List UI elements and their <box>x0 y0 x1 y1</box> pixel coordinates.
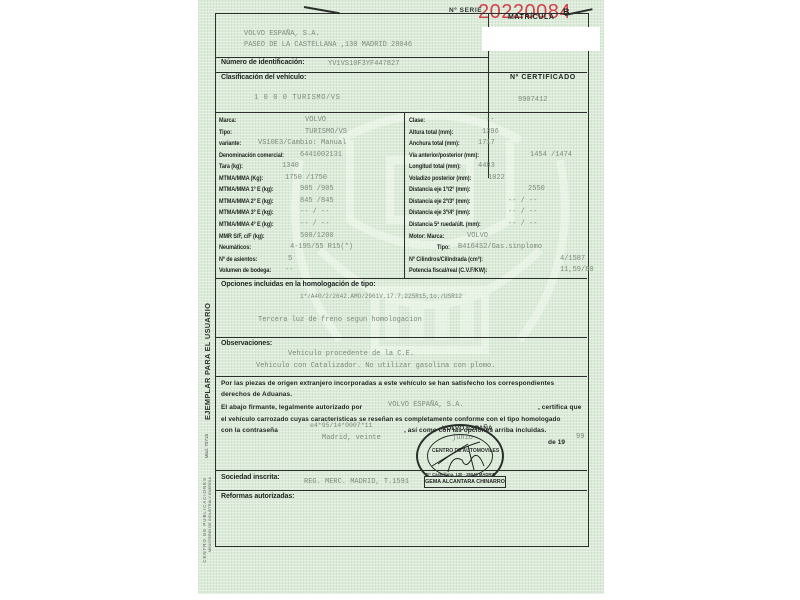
right-spec-value: B4164S2/Gas.sinplomo <box>458 243 542 251</box>
reforms-label: Reformas autorizadas: <box>221 493 294 500</box>
identification-label: Número de identificación: <box>221 59 304 66</box>
divider <box>215 490 587 491</box>
owner-address: PASEO DE LA CASTELLANA ,130 MADRID 28046 <box>244 41 412 49</box>
left-spec-value: VS10E3/Cambio: Manual <box>258 139 346 147</box>
right-spec-label: Motor: Marca: <box>409 233 444 240</box>
left-spec-value: 905 /905 <box>300 185 334 193</box>
left-spec-value: 4-195/55 R15(*) <box>290 243 353 251</box>
divider <box>215 470 587 471</box>
right-spec-value: 1717 <box>478 139 495 147</box>
right-spec-value: 4/1587 <box>560 255 585 263</box>
right-spec-label: Voladizo posterior (mm): <box>409 175 471 182</box>
left-spec-value: 845 /845 <box>300 197 334 205</box>
right-spec-label: Anchura total (mm): <box>409 140 460 147</box>
left-spec-label: MTMA/MMA (Kg): <box>219 175 263 182</box>
right-spec-label: Nº Cilindros/Cilindrada (cm³): <box>409 256 483 263</box>
identification-value: YV1VS10F3YF447827 <box>328 60 399 68</box>
left-spec-value: TURISMO/VS <box>305 128 347 136</box>
certificate-label: Nº CERTIFICADO <box>510 74 576 81</box>
right-spec-value: VOLVO <box>467 232 488 240</box>
left-spec-label: MTMA/MMA 2º E (kg): <box>219 198 274 205</box>
left-spec-label: Nº de asientos: <box>219 256 257 263</box>
certificate-value: 9907412 <box>518 96 547 104</box>
owner-name: VOLVO ESPAÑA, S.A. <box>244 30 320 38</box>
year-value: 99 <box>576 433 584 441</box>
left-spec-label: Denominación comercial: <box>219 152 284 159</box>
signer-name-box: GEMA ALCANTARA CHINARRO <box>424 476 506 488</box>
matricula-value-redacted <box>482 27 600 51</box>
left-spec-value: -- <box>285 266 293 274</box>
left-spec-label: Marca: <box>219 117 236 124</box>
right-spec-value: 1454 /1474 <box>530 151 572 159</box>
left-spec-label: Tipo: <box>219 129 232 136</box>
options-label: Opciones incluidas en la homologación de… <box>221 281 375 288</box>
divider <box>215 112 587 113</box>
left-spec-value: VOLVO <box>305 116 326 124</box>
divider <box>215 57 489 58</box>
right-spec-label: Vía anterior/posterior (mm): <box>409 152 479 159</box>
signer-prefix: El abajo firmante, legalmente autorizado… <box>221 404 362 411</box>
right-spec-label: Altura total (mm): <box>409 129 453 136</box>
left-spec-label: Neumáticos: <box>219 244 251 251</box>
divider <box>215 72 587 73</box>
observations-line-2: Vehiculo con Catalizador. No utilizar ga… <box>256 362 495 370</box>
right-spec-label: Longitud total (mm): <box>409 163 461 170</box>
publisher-line-2: MINISTERIO DE INDUSTRIA Y ENERGIA <box>207 477 212 552</box>
password-value: e4*95/14*0007*11 <box>310 422 372 429</box>
signer-value: VOLVO ESPAÑA, S.A. <box>388 401 464 409</box>
left-spec-label: MTMA/MMA 1º E (kg): <box>219 186 274 193</box>
left-spec-label: MTMA/MMA 4º E (kg): <box>219 221 274 228</box>
customs-line-2: derechos de Aduanas. <box>221 391 292 398</box>
left-spec-label: Volumen de bodega: <box>219 267 271 274</box>
classification-value: 1 0 0 0 TURISMO/VS <box>254 94 340 102</box>
right-spec-value: -- / -- <box>508 208 537 216</box>
divider <box>215 337 587 338</box>
right-spec-label: Tipo: <box>437 244 450 251</box>
options-line-2: Tercera luz de freno segun homologacion <box>258 316 422 324</box>
observations-line-1: Vehiculo procedente de la C.E. <box>288 350 414 358</box>
conform-line: el vehículo carrozado cuyas característi… <box>221 416 561 423</box>
right-spec-label: Distancia eje 1º/2º (mm): <box>409 186 470 193</box>
right-spec-value: 1396 <box>482 128 499 136</box>
left-spec-value: -- / -- <box>300 220 329 228</box>
divider <box>215 376 587 377</box>
observations-label: Observaciones: <box>221 340 272 347</box>
right-spec-label: Clase: <box>409 117 425 124</box>
left-spec-label: Tara (kg): <box>219 163 243 170</box>
stamp-top-text: VOLVO ESPAÑA <box>442 425 493 432</box>
right-spec-value: 4483 <box>478 162 495 170</box>
year-label: de 19 <box>548 439 565 446</box>
left-spec-value: -- / -- <box>300 208 329 216</box>
right-spec-value: 1022 <box>488 174 505 182</box>
registry-value: REG. MERC. MADRID, T.1591 <box>304 478 409 486</box>
right-spec-label: Distancia 5ª rueda/últ. (mm): <box>409 221 481 228</box>
customs-line-1: Por las piezas de origen extranjero inco… <box>221 380 554 387</box>
left-spec-value: 500/1200 <box>300 232 334 240</box>
model-label: Mod. 70718 <box>204 434 209 458</box>
right-spec-value: -- / -- <box>508 197 537 205</box>
left-spec-label: MTMA/MMA 3º E (kg): <box>219 209 274 216</box>
registry-label: Sociedad inscrita: <box>221 474 280 481</box>
right-spec-label: Distancia eje 3º/4º (mm): <box>409 209 470 216</box>
left-spec-value: 5 <box>288 255 292 263</box>
right-spec-label: Distancia eje 2º/3º (mm): <box>409 198 470 205</box>
right-spec-value: 2550 <box>528 185 545 193</box>
left-spec-value: 1340 <box>282 162 299 170</box>
right-spec-value: -- <box>486 116 494 124</box>
right-spec-value: 11,59/80 <box>560 266 594 274</box>
left-spec-label: MMR S/F, c/F (kg): <box>219 233 264 240</box>
left-spec-label: variante: <box>219 140 241 147</box>
right-spec-value: -- / -- <box>508 220 537 228</box>
password-label: con la contraseña <box>221 427 278 434</box>
copy-label: EJEMPLAR PARA EL USUARIO <box>203 296 212 426</box>
classification-label: Clasificación del vehículo: <box>221 74 306 81</box>
matricula-label: MATRÍCULA <box>508 14 554 21</box>
place-date: Madrid, veinte <box>322 434 381 442</box>
left-spec-value: 1750 /1750 <box>285 174 327 182</box>
divider <box>404 112 405 278</box>
left-spec-value: 6441002131 <box>300 151 342 159</box>
options-line-1: 1*/A40/2/2642.AMO/2961V,17.7,225R15,1o./… <box>300 293 462 300</box>
right-spec-label: Potencia fiscal/real (C.V.F/KW): <box>409 267 487 274</box>
signer-suffix: , certifica que <box>538 404 581 411</box>
divider <box>215 278 587 279</box>
